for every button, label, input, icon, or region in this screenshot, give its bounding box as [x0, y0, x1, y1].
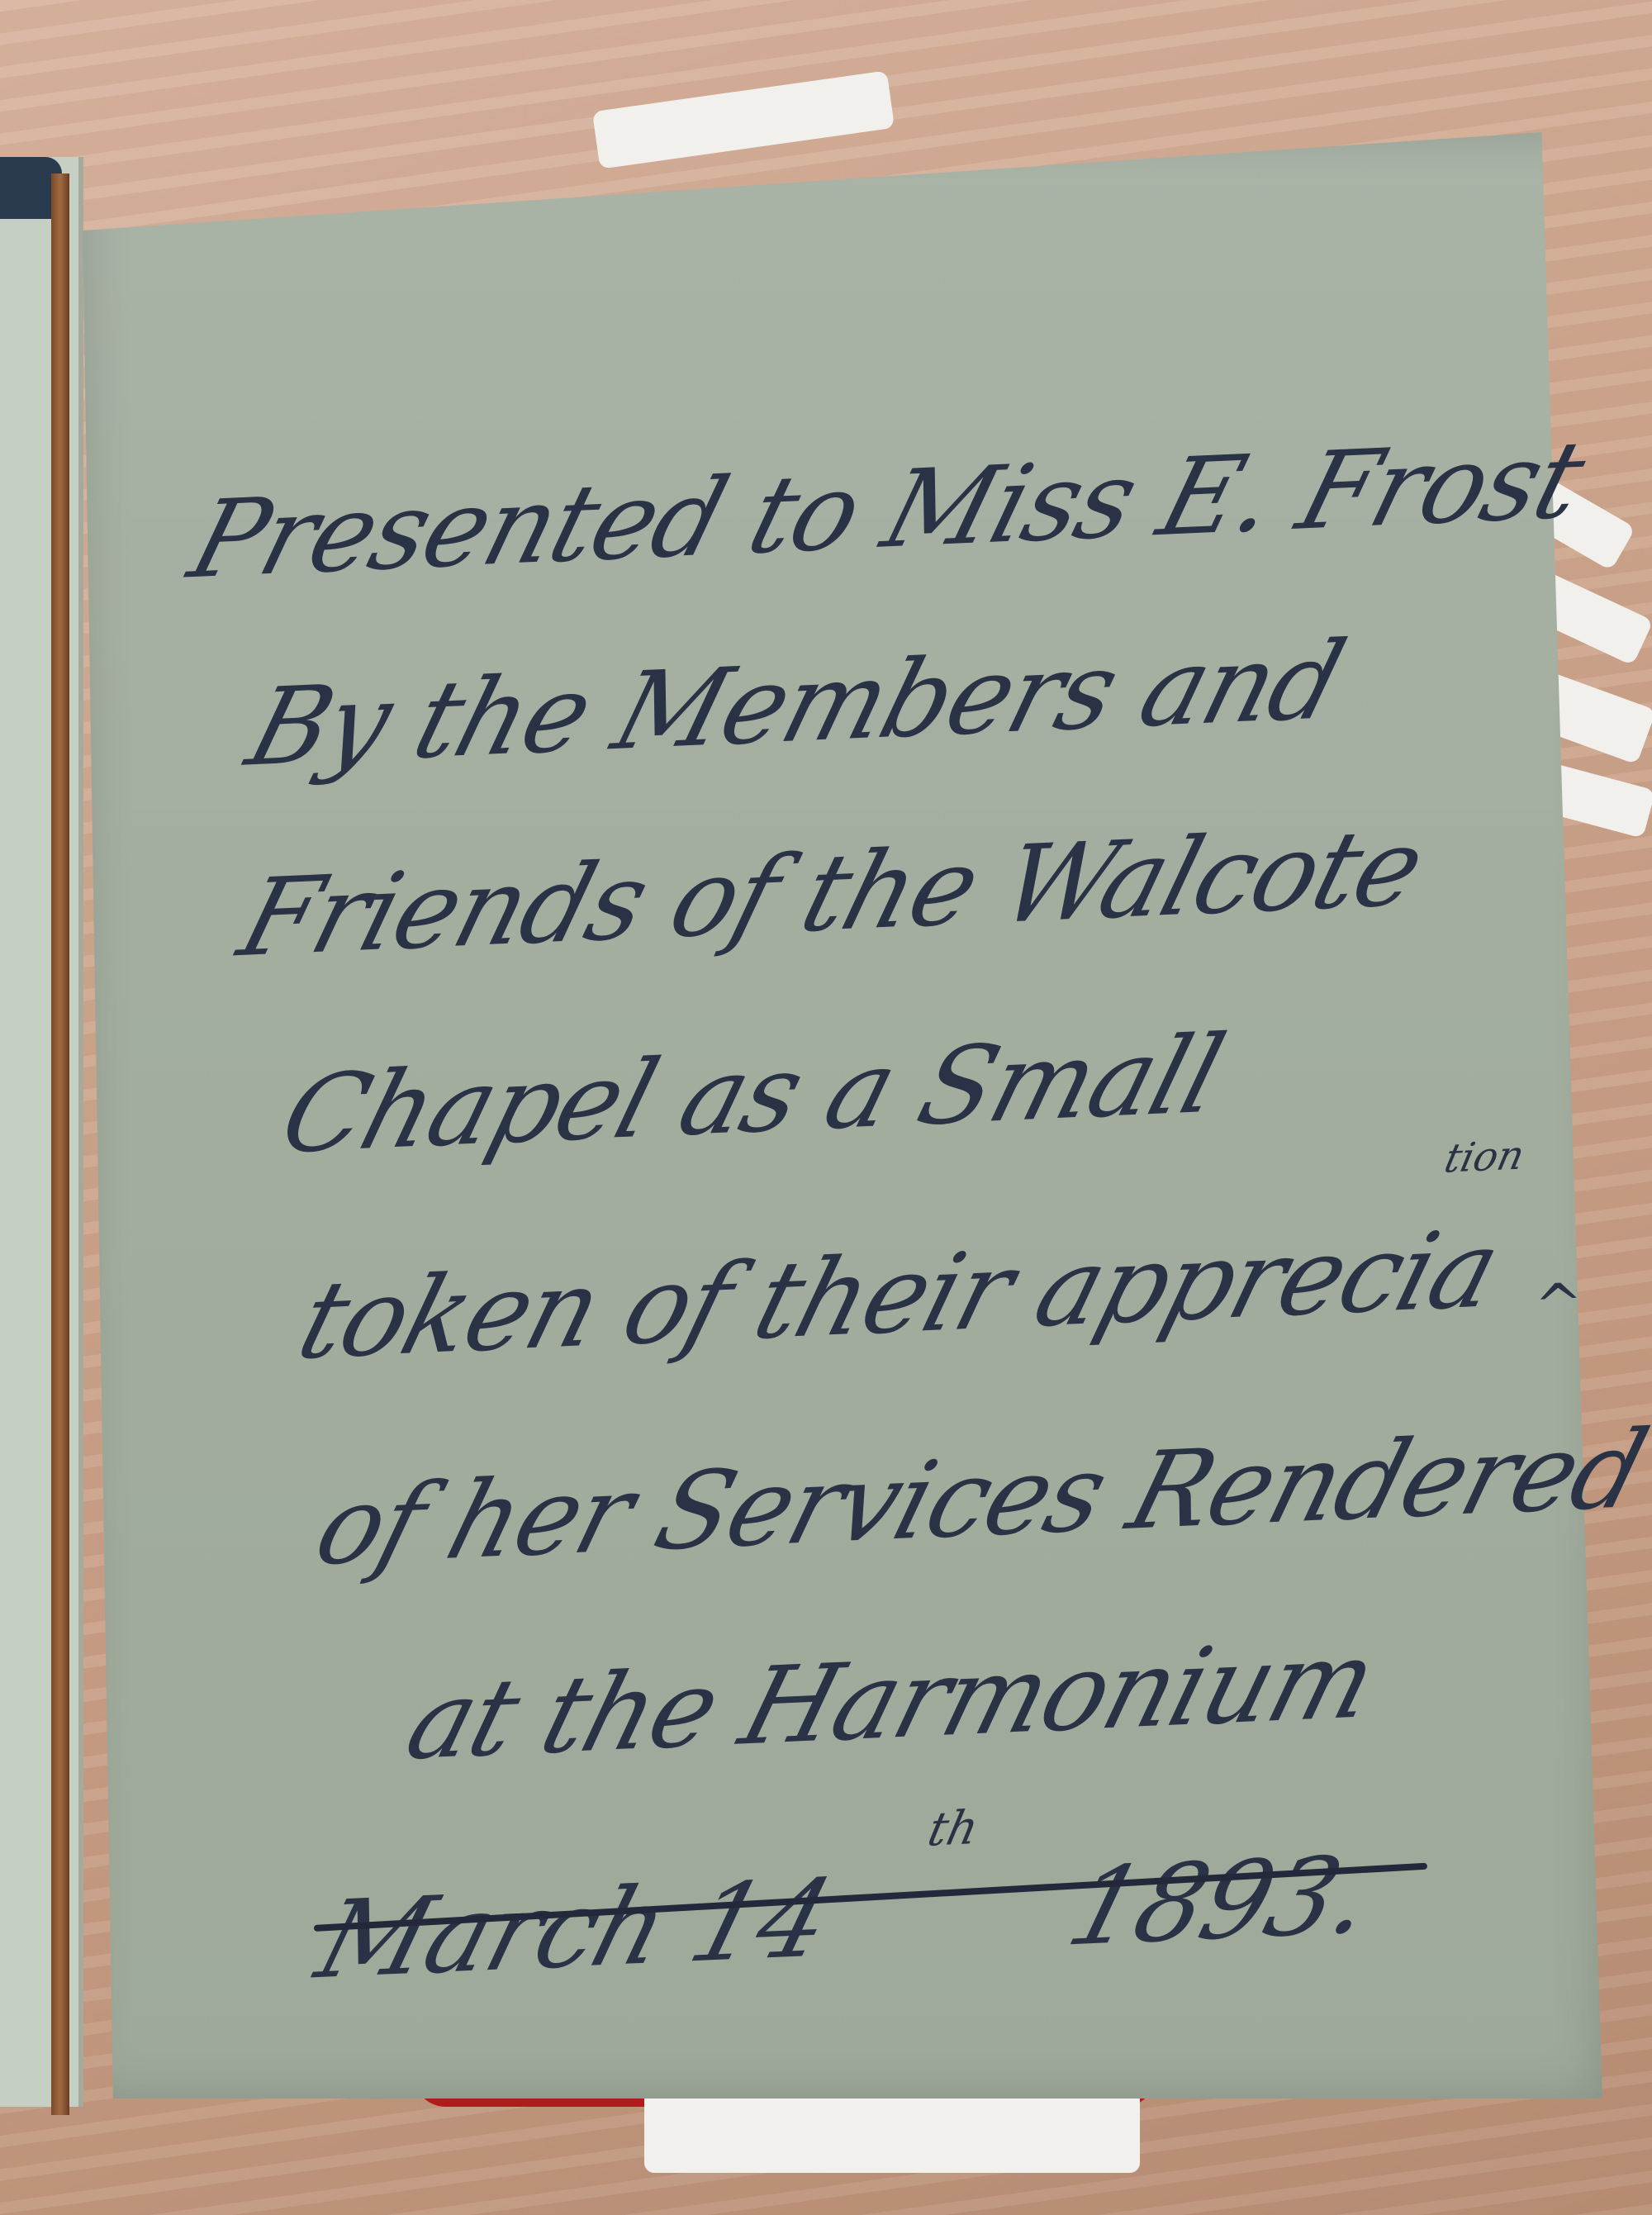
- book-front-cover: [0, 157, 83, 2107]
- book-spine: [51, 173, 69, 2115]
- inserted-word-tion: tion: [1441, 1132, 1529, 1182]
- inscription-year: 1893.: [1056, 1833, 1384, 1971]
- inscription-date: March 14: [305, 1856, 843, 2003]
- insertion-caret: ^: [1533, 1270, 1584, 1339]
